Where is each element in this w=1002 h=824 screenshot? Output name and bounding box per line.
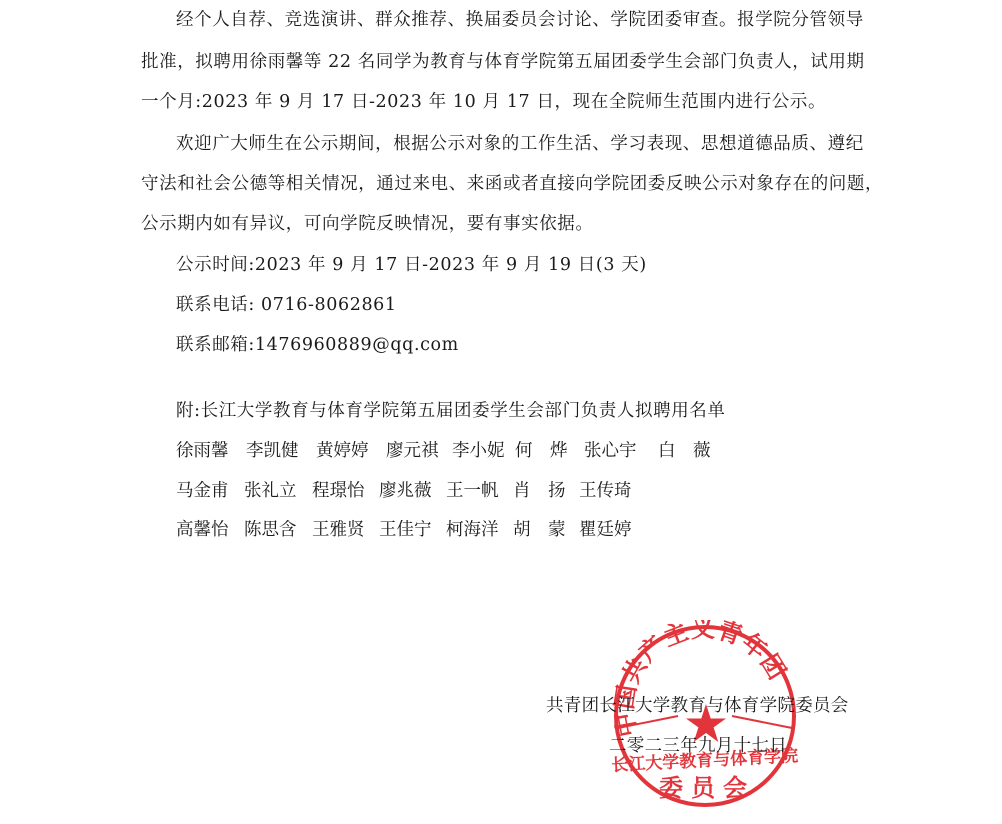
name-item: 李凯健 — [246, 440, 316, 462]
name-item: 何 烨 — [515, 440, 584, 462]
name-item: 王雅贤 — [312, 519, 379, 541]
names-row-2: 马金甫 张礼立 程璟怡 廖兆薇 王一帆 肖 扬 王传琦 — [176, 480, 632, 502]
name-item: 瞿廷婷 — [579, 519, 632, 541]
name-item: 廖兆薇 — [379, 480, 446, 502]
names-row-3: 高馨怡 陈思含 王雅贤 王佳宁 柯海洋 胡 蒙 瞿廷婷 — [176, 519, 632, 541]
attachment-title: 附:长江大学教育与体育学院第五届团委学生会部门负责人拟聘用名单 — [176, 400, 726, 422]
name-item: 李小妮 — [452, 440, 515, 462]
name-item: 张心宇 — [584, 440, 658, 462]
paragraph2-line3: 公示期内如有异议，可向学院反映情况，要有事实依据。 — [141, 213, 594, 235]
name-item: 柯海洋 — [446, 519, 513, 541]
name-item: 黄婷婷 — [316, 440, 386, 462]
name-item: 高馨怡 — [176, 519, 244, 541]
paragraph2-line2: 守法和社会公德等相关情况，通过来电、来函或者直接向学院团委反映公示对象存在的问题… — [141, 173, 883, 195]
name-item: 王佳宁 — [379, 519, 446, 541]
name-item: 廖元祺 — [386, 440, 452, 462]
name-item: 陈思含 — [244, 519, 312, 541]
paragraph2-line1: 欢迎广大师生在公示期间，根据公示对象的工作生活、学习表现、思想道德品质、遵纪 — [176, 133, 864, 155]
name-item: 肖 扬 — [513, 480, 579, 502]
stamp-bottom-text: 委员会 — [659, 773, 755, 802]
contact-phone: 联系电话: 0716-8062861 — [176, 294, 397, 316]
name-item: 王一帆 — [446, 480, 513, 502]
names-row-1: 徐雨馨 李凯健 黄婷婷 廖元祺 李小妮 何 烨 张心宇 白 薇 — [176, 440, 711, 462]
paragraph1-line1: 经个人自荐、竞选演讲、群众推荐、换届委员会讨论、学院团委审查。报学院分管领导 — [176, 9, 864, 31]
name-item: 马金甫 — [176, 480, 244, 502]
name-item: 王传琦 — [579, 480, 632, 502]
signature-date: 二零二三年九月十七日 — [609, 735, 787, 757]
signature-organization: 共青团长江大学教育与体育学院委员会 — [546, 695, 849, 717]
notice-period: 公示时间:2023 年 9 月 17 日-2023 年 9 月 19 日(3 天… — [176, 254, 647, 276]
document-page: 经个人自荐、竞选演讲、群众推荐、换届委员会讨论、学院团委审查。报学院分管领导 批… — [0, 0, 1002, 824]
paragraph1-line2: 批准，拟聘用徐雨馨等 22 名同学为教育与体育学院第五届团委学生会部门负责人，试… — [141, 51, 865, 73]
name-item: 白 薇 — [658, 440, 711, 462]
paragraph1-line3: 一个月:2023 年 9 月 17 日-2023 年 10 月 17 日，现在全… — [141, 91, 826, 113]
name-item: 张礼立 — [244, 480, 312, 502]
name-item: 程璟怡 — [312, 480, 379, 502]
name-item: 徐雨馨 — [176, 440, 246, 462]
contact-email: 联系邮箱:1476960889@qq.com — [176, 334, 459, 356]
name-item: 胡 蒙 — [513, 519, 579, 541]
